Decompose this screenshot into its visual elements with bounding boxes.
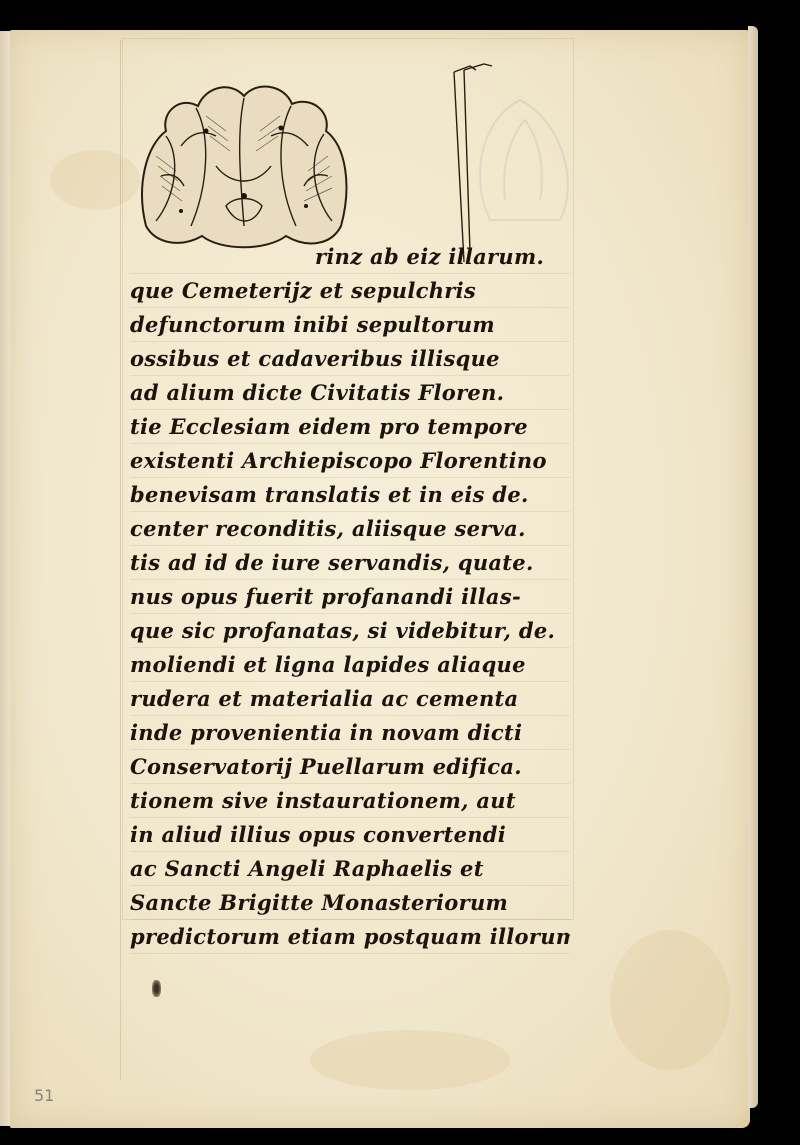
- text-line: que sic profanatas, si videbitur, de.: [130, 614, 570, 648]
- paper-hole: [152, 980, 161, 997]
- text-line: center reconditis, aliisque serva.: [130, 512, 570, 546]
- text-line: Sancte Brigitte Monasteriorum: [130, 886, 570, 920]
- text-line: tis ad id de iure servandis, quate.: [130, 546, 570, 580]
- text-line: tie Ecclesiam eidem pro tempore: [130, 410, 570, 444]
- text-line: rudera et materialia ac cementa: [130, 682, 570, 716]
- text-line: existenti Archiepiscopo Florentino: [130, 444, 570, 478]
- text-line: defunctorum inibi sepultorum: [130, 308, 570, 342]
- gutter-fold-line: [120, 40, 121, 1080]
- text-line: moliendi et ligna lapides aliaque: [130, 648, 570, 682]
- text-line: benevisam translatis et in eis de.: [130, 478, 570, 512]
- text-line: tionem sive instaurationem, aut: [130, 784, 570, 818]
- acanthus-ornament-icon: [136, 76, 352, 252]
- text-line: Conservatorij Puellarum edifica.: [130, 750, 570, 784]
- text-line: rinz ab eiz illarum.: [130, 240, 570, 274]
- text-line: predictorum etiam postquam illorum: [130, 920, 570, 954]
- text-line: in aliud illius opus convertendi: [130, 818, 570, 852]
- text-line: que Cemeterijz et sepulchris: [130, 274, 570, 308]
- text-line: inde provenientia in novam dicti: [130, 716, 570, 750]
- text-line: nus opus fuerit profanandi illas-: [130, 580, 570, 614]
- folio-number: 51: [34, 1086, 54, 1105]
- text-line: ac Sancti Angeli Raphaelis et: [130, 852, 570, 886]
- page-fore-edge: [748, 26, 758, 1108]
- text-line: ossibus et cadaveribus illisque: [130, 342, 570, 376]
- manuscript-text-block: rinz ab eiz illarum. que Cemeterijz et s…: [130, 240, 570, 954]
- text-line: ad alium dicte Civitatis Floren.: [130, 376, 570, 410]
